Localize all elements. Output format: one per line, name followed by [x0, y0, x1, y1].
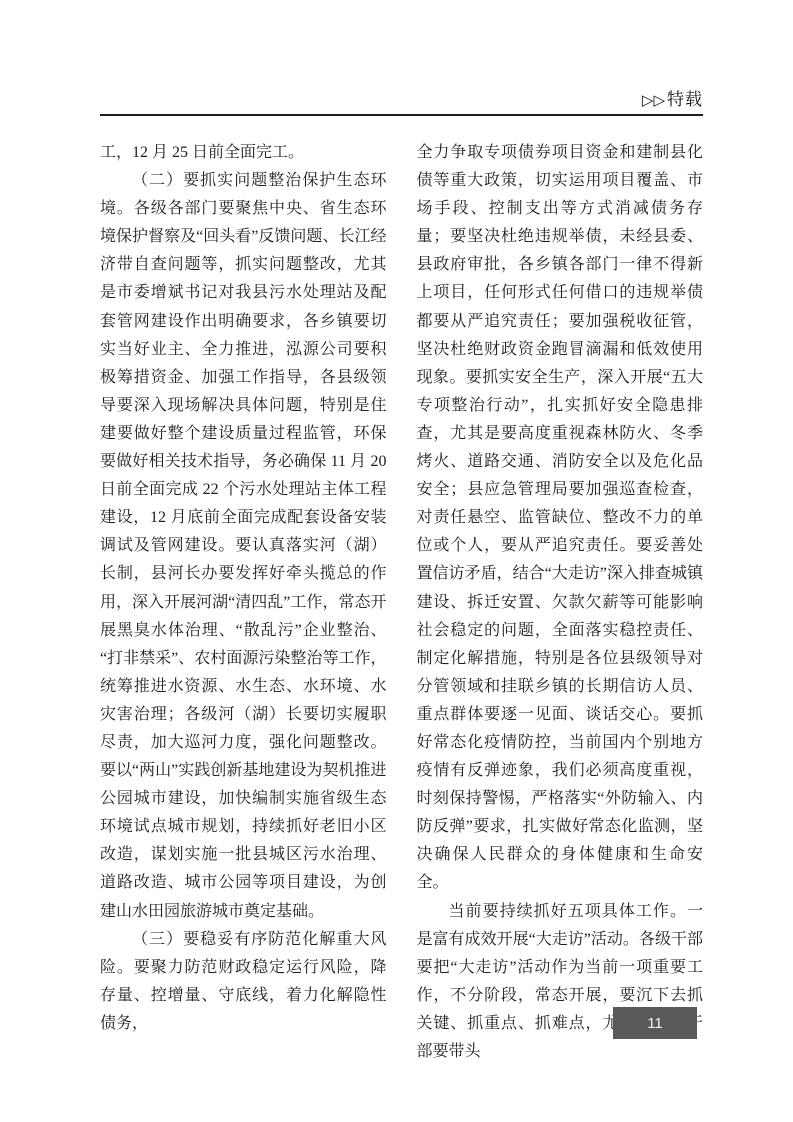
section-title: 特载 [667, 85, 703, 110]
paragraph-item-two: （二）要抓实问题整治保护生态环境。各级各部门要聚焦中央、省生态环境保护督察及“回… [100, 167, 387, 926]
page-number-badge: 11 [613, 1007, 697, 1039]
page-number: 11 [647, 1015, 663, 1032]
document-page: ▷▷ 特载 工，12 月 25 日前全面完工。 （二）要抓实问题整治保护生态环境… [0, 0, 793, 1122]
paragraph-item-three: （三）要稳妥有序防范化解重大风险。要聚力防范财政稳定运行风险，降存量、控增量、守… [100, 926, 387, 1038]
paragraph-continuation: 工，12 月 25 日前全面完工。 [100, 139, 387, 167]
double-triangle-icon: ▷▷ [642, 91, 665, 109]
text-column-right: 全力争取专项债券项目资金和建制县化债等重大政策，切实运用项目覆盖、市场手段、控制… [417, 139, 704, 1066]
page-header: ▷▷ 特载 [100, 85, 703, 116]
paragraph-five-tasks: 当前要持续抓好五项具体工作。一是富有成效开展“大走访”活动。各级干部要把“大走访… [417, 898, 704, 1067]
two-column-body: 工，12 月 25 日前全面完工。 （二）要抓实问题整治保护生态环境。各级各部门… [100, 139, 703, 1066]
paragraph-continuation: 全力争取专项债券项目资金和建制县化债等重大政策，切实运用项目覆盖、市场手段、控制… [417, 139, 704, 898]
text-column-left: 工，12 月 25 日前全面完工。 （二）要抓实问题整治保护生态环境。各级各部门… [100, 139, 387, 1066]
